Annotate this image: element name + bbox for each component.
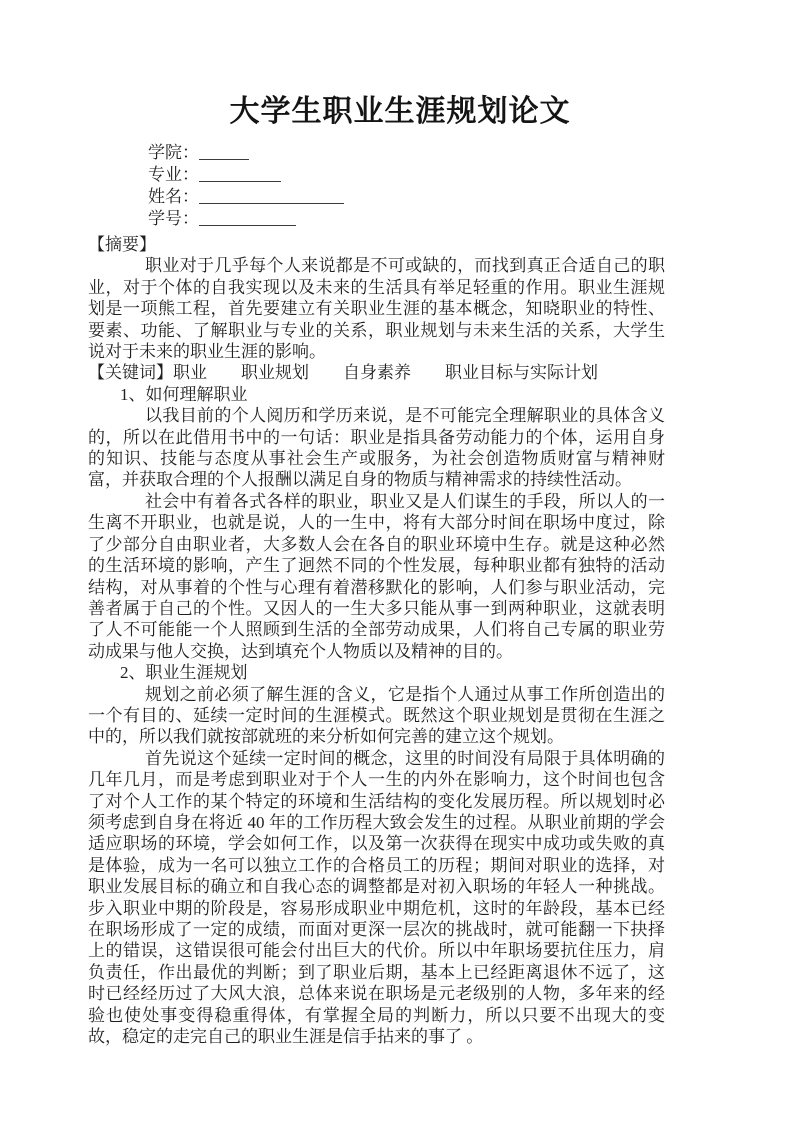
student-id-blank-line bbox=[199, 210, 296, 226]
abstract-paragraph: 职业对于几乎每个人来说都是不可或缺的，而找到真正合适自己的职业，对于个体的自我实… bbox=[88, 255, 665, 362]
section-2-paragraph-1: 规划之前必须了解生涯的含义，它是指个人通过从事工作所创造出的一个有目的、延续一定… bbox=[88, 684, 665, 748]
document-title: 大学生职业生涯规划论文 bbox=[0, 0, 800, 132]
form-field-student-id: 学号： bbox=[148, 208, 800, 230]
section-1-heading: 1、如何理解职业 bbox=[88, 384, 665, 405]
form-field-college: 学院： bbox=[148, 142, 800, 164]
section-1-paragraph-1: 以我目前的个人阅历和学历来说，是不可能完全理解职业的具体含义的，所以在此借用书中… bbox=[88, 405, 665, 491]
section-1-paragraph-2: 社会中有着各式各样的职业，职业又是人们谋生的手段，所以人的一生离不开职业，也就是… bbox=[88, 491, 665, 662]
college-field-label: 学院： bbox=[148, 142, 199, 164]
form-field-name: 姓名： bbox=[148, 186, 800, 208]
keywords-line: 【关键词】职业 职业规划 自身素养 职业目标与实际计划 bbox=[88, 362, 665, 383]
student-id-field-label: 学号： bbox=[148, 208, 199, 230]
section-2-paragraph-2: 首先说这个延续一定时间的概念，这里的时间没有局限于具体明确的几年几月，而是考虑到… bbox=[88, 748, 665, 1048]
form-field-major: 专业： bbox=[148, 164, 800, 186]
name-field-label: 姓名： bbox=[148, 186, 199, 208]
document-body: 【摘要】 职业对于几乎每个人来说都是不可或缺的，而找到真正合适自己的职业，对于个… bbox=[88, 234, 665, 1047]
major-blank-line bbox=[199, 166, 281, 182]
document-page: 大学生职业生涯规划论文 学院： 专业： 姓名： 学号： 【摘要】 职业对于几乎每… bbox=[0, 0, 800, 1132]
abstract-label: 【摘要】 bbox=[88, 234, 665, 255]
name-blank-line bbox=[199, 188, 344, 204]
college-blank-line bbox=[199, 144, 249, 160]
cover-info-block: 学院： 专业： 姓名： 学号： bbox=[148, 142, 800, 230]
major-field-label: 专业： bbox=[148, 164, 199, 186]
section-2-heading: 2、职业生涯规划 bbox=[88, 662, 665, 683]
